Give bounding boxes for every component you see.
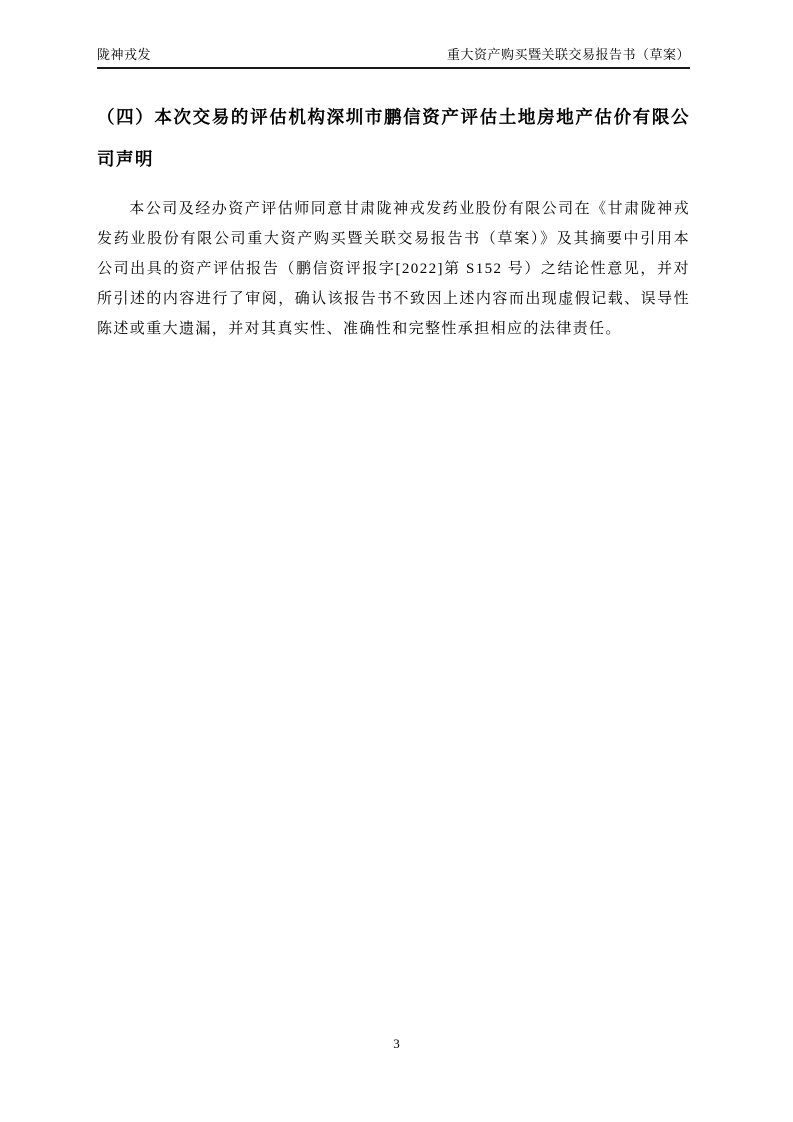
page-footer: 3	[0, 1036, 793, 1052]
declaration-paragraph: 本公司及经办资产评估师同意甘肃陇神戎发药业股份有限公司在《甘肃陇神戎发药业股份有…	[97, 194, 690, 344]
header-doc-short-title: 陇神戎发	[97, 47, 151, 63]
document-page: 陇神戎发 重大资产购买暨关联交易报告书（草案） （四）本次交易的评估机构深圳市鹏…	[0, 0, 793, 1122]
page-header: 陇神戎发 重大资产购买暨关联交易报告书（草案）	[97, 0, 690, 69]
header-doc-full-title: 重大资产购买暨关联交易报告书（草案）	[447, 47, 690, 63]
page-content: 陇神戎发 重大资产购买暨关联交易报告书（草案） （四）本次交易的评估机构深圳市鹏…	[0, 0, 793, 344]
section-heading: （四）本次交易的评估机构深圳市鹏信资产评估土地房地产估价有限公司声明	[97, 96, 690, 180]
page-number: 3	[393, 1036, 400, 1051]
